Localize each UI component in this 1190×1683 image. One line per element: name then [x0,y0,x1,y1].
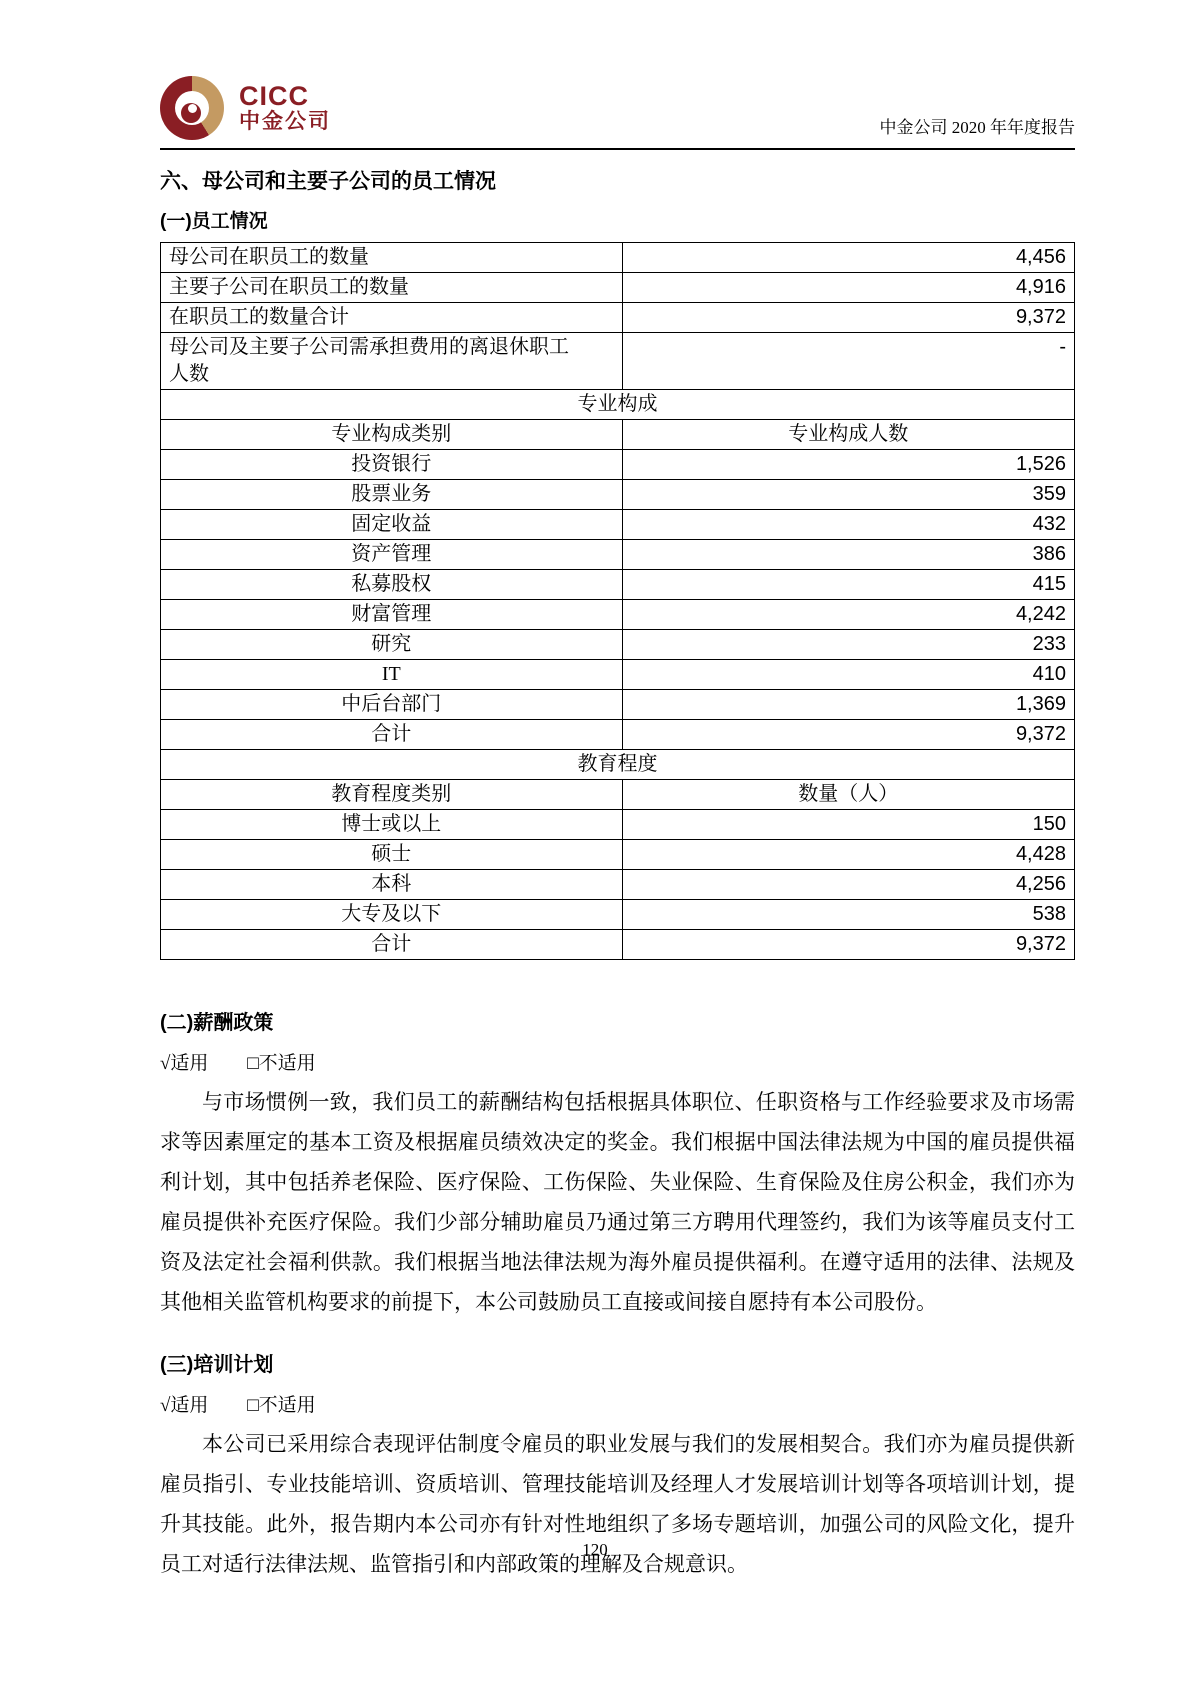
table-row: 在职员工的数量合计9,372 [161,303,1075,333]
cicc-logo-icon [160,76,224,140]
table-row: 硕士4,428 [161,840,1075,870]
row-value: 4,242 [622,600,1074,630]
row-value: 386 [622,540,1074,570]
table-row: 大专及以下538 [161,900,1075,930]
row-label: 硕士 [161,840,623,870]
row-value: 4,916 [622,273,1074,303]
table-row: 股票业务359 [161,480,1075,510]
training-title: (三)培训计划 [160,1348,1075,1377]
training-applicable-line: √适用 □不适用 [160,1390,1075,1417]
table-row: 私募股权415 [161,570,1075,600]
compensation-applicable-line: √适用 □不适用 [160,1048,1075,1075]
cicc-logo: CICC 中金公司 [160,76,331,140]
document-page: CICC 中金公司 中金公司 2020 年年度报告 六、母公司和主要子公司的员工… [0,0,1190,1683]
compensation-paragraph: 与市场惯例一致，我们员工的薪酬结构包括根据具体职位、任职资格与工作经验要求及市场… [160,1082,1075,1322]
row-value: 410 [622,660,1074,690]
row-value: 4,256 [622,870,1074,900]
not-applicable-option: □不适用 [247,1053,315,1074]
applicable-option: √适用 [160,1053,208,1074]
not-applicable-option: □不适用 [247,1395,315,1416]
row-label: 母公司及主要子公司需承担费用的离退休职工人数 [161,333,623,390]
logo-comma-shape [181,103,201,123]
logo-latin-text: CICC [239,82,331,110]
table-row: 资产管理386 [161,540,1075,570]
table-row: 专业构成 [161,390,1075,420]
row-label: 股票业务 [161,480,623,510]
row-label: 投资银行 [161,450,623,480]
page-header: CICC 中金公司 中金公司 2020 年年度报告 [160,0,1075,150]
table-row: 博士或以上150 [161,810,1075,840]
education-section-title: 教育程度 [161,750,1075,780]
table-row: 中后台部门1,369 [161,690,1075,720]
employee-table: 母公司在职员工的数量4,456主要子公司在职员工的数量4,916在职员工的数量合… [160,242,1075,960]
row-label: 财富管理 [161,600,623,630]
education-value-header: 数量（人） [622,780,1074,810]
table-row: 固定收益432 [161,510,1075,540]
row-value: 1,526 [622,450,1074,480]
table-row: 母公司在职员工的数量4,456 [161,243,1075,273]
table-row: 教育程度 [161,750,1075,780]
table-row: 母公司及主要子公司需承担费用的离退休职工人数- [161,333,1075,390]
row-value: 9,372 [622,303,1074,333]
table-row: 教育程度类别 数量（人） [161,780,1075,810]
page-number: 120 [0,1540,1190,1560]
table-row: 主要子公司在职员工的数量4,916 [161,273,1075,303]
employee-info-title: (一)员工情况 [160,206,1075,233]
row-value: 9,372 [622,930,1074,960]
row-label: 大专及以下 [161,900,623,930]
row-label: IT [161,660,623,690]
row-value: 359 [622,480,1074,510]
row-label: 主要子公司在职员工的数量 [161,273,623,303]
row-label: 资产管理 [161,540,623,570]
table-row: 本科4,256 [161,870,1075,900]
row-value: 1,369 [622,690,1074,720]
row-label: 合计 [161,930,623,960]
row-value: 415 [622,570,1074,600]
row-value: 9,372 [622,720,1074,750]
row-label: 在职员工的数量合计 [161,303,623,333]
row-value: 538 [622,900,1074,930]
profession-label-header: 专业构成类别 [161,420,623,450]
report-title: 中金公司 2020 年年度报告 [880,118,1076,140]
section-title: 六、母公司和主要子公司的员工情况 [160,165,1075,195]
row-value: 4,456 [622,243,1074,273]
row-label: 本科 [161,870,623,900]
row-label: 中后台部门 [161,690,623,720]
table-row: 合计9,372 [161,930,1075,960]
applicable-option: √适用 [160,1395,208,1416]
table-row: IT410 [161,660,1075,690]
compensation-title: (二)薪酬政策 [160,1006,1075,1035]
table-row: 合计9,372 [161,720,1075,750]
row-value: 150 [622,810,1074,840]
row-label: 私募股权 [161,570,623,600]
profession-value-header: 专业构成人数 [622,420,1074,450]
logo-chinese-text: 中金公司 [239,110,331,134]
profession-section-title: 专业构成 [161,390,1075,420]
table-row: 研究233 [161,630,1075,660]
row-label: 博士或以上 [161,810,623,840]
row-value: 432 [622,510,1074,540]
row-label: 固定收益 [161,510,623,540]
logo-text: CICC 中金公司 [239,82,331,134]
row-value: 233 [622,630,1074,660]
row-value: - [622,333,1074,390]
row-label: 合计 [161,720,623,750]
table-row: 财富管理4,242 [161,600,1075,630]
row-label: 母公司在职员工的数量 [161,243,623,273]
education-label-header: 教育程度类别 [161,780,623,810]
table-row: 投资银行1,526 [161,450,1075,480]
table-row: 专业构成类别 专业构成人数 [161,420,1075,450]
row-value: 4,428 [622,840,1074,870]
page-content: CICC 中金公司 中金公司 2020 年年度报告 六、母公司和主要子公司的员工… [160,0,1075,1584]
row-label: 研究 [161,630,623,660]
training-paragraph: 本公司已采用综合表现评估制度令雇员的职业发展与我们的发展相契合。我们亦为雇员提供… [160,1424,1075,1584]
